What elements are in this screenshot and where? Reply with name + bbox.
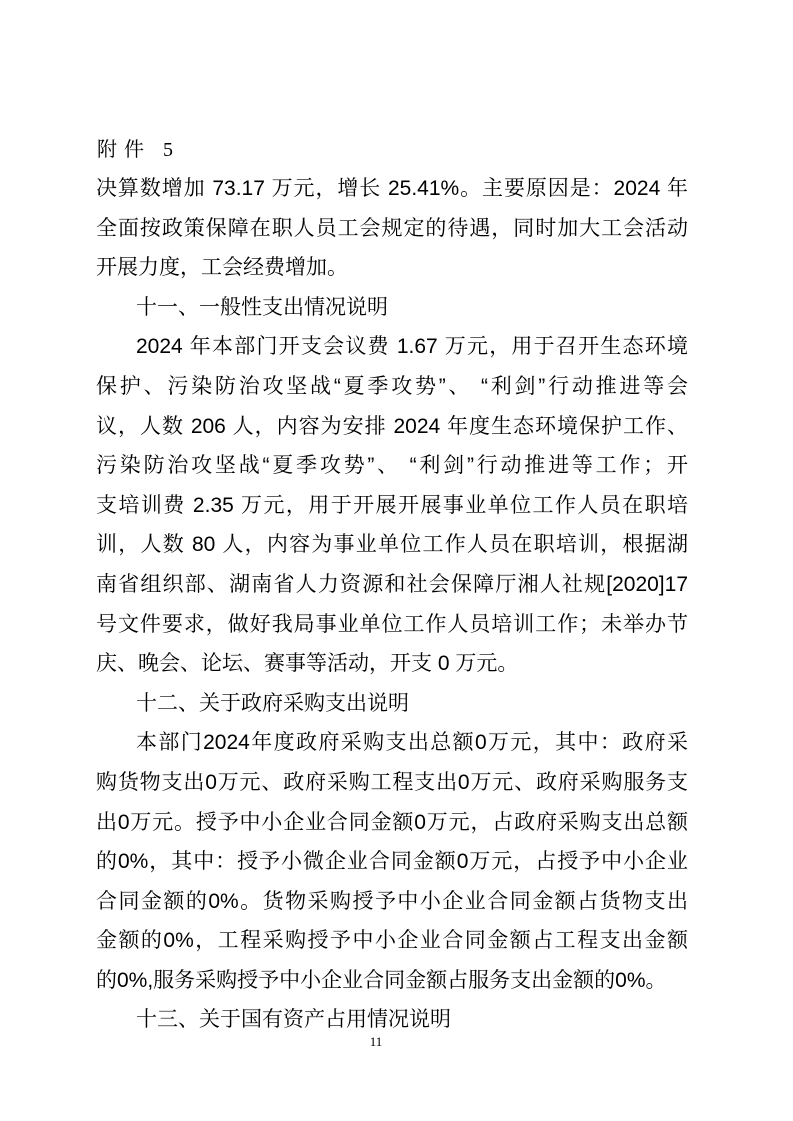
paragraph-line: 金额的0%，工程采购授予中小企业合同金额占工程支出金额: [96, 921, 688, 961]
paragraph-line: 决算数增加 73.17 万元，增长 25.41%。主要原因是：2024 年: [96, 169, 688, 209]
paragraph-line: 2024 年本部门开支会议费 1.67 万元，用于召开生态环境: [96, 327, 688, 367]
paragraph-line: 支培训费 2.35 万元，用于开展开展事业单位工作人员在职培: [96, 486, 688, 526]
paragraph-line: 号文件要求，做好我局事业单位工作人员培训工作；未举办节: [96, 605, 688, 645]
paragraph-line: 本部门2024年度政府采购支出总额0万元，其中：政府采: [96, 723, 688, 763]
page-number: 11: [340, 1034, 412, 1050]
document-body: 决算数增加 73.17 万元，增长 25.41%。主要原因是：2024 年全面按…: [96, 169, 688, 1040]
paragraph-line: 训，人数 80 人，内容为事业单位工作人员在职培训，根据湖: [96, 525, 688, 565]
paragraph-line: 的0%，其中：授予小微企业合同金额0万元，占授予中小企业: [96, 842, 688, 882]
section-heading: 十二、关于政府采购支出说明: [96, 684, 688, 724]
paragraph-line: 议，人数 206 人，内容为安排 2024 年度生态环境保护工作、: [96, 407, 688, 447]
paragraph-line: 污染防治攻坚战“夏季攻势”、 “利剑”行动推进等工作；开: [96, 446, 688, 486]
document-page: 附件 5 决算数增加 73.17 万元，增长 25.41%。主要原因是：2024…: [0, 0, 793, 1121]
paragraph-line: 保护、污染防治攻坚战“夏季攻势”、 “利剑”行动推进等会: [96, 367, 688, 407]
paragraph-line: 全面按政策保障在职人员工会规定的待遇，同时加大工会活动: [96, 209, 688, 249]
paragraph-line: 开展力度，工会经费增加。: [96, 248, 688, 288]
attachment-label: 附件 5: [97, 133, 180, 162]
paragraph-line: 庆、晚会、论坛、赛事等活动，开支 0 万元。: [96, 644, 688, 684]
paragraph-line: 合同金额的0%。货物采购授予中小企业合同金额占货物支出: [96, 882, 688, 922]
section-heading: 十一、一般性支出情况说明: [96, 288, 688, 328]
paragraph-line: 出0万元。授予中小企业合同金额0万元，占政府采购支出总额: [96, 803, 688, 843]
paragraph-line: 的0%,服务采购授予中小企业合同金额占服务支出金额的0%。: [96, 961, 688, 1001]
paragraph-line: 南省组织部、湖南省人力资源和社会保障厅湘人社规[2020]17: [96, 565, 688, 605]
paragraph-line: 购货物支出0万元、政府采购工程支出0万元、政府采购服务支: [96, 763, 688, 803]
